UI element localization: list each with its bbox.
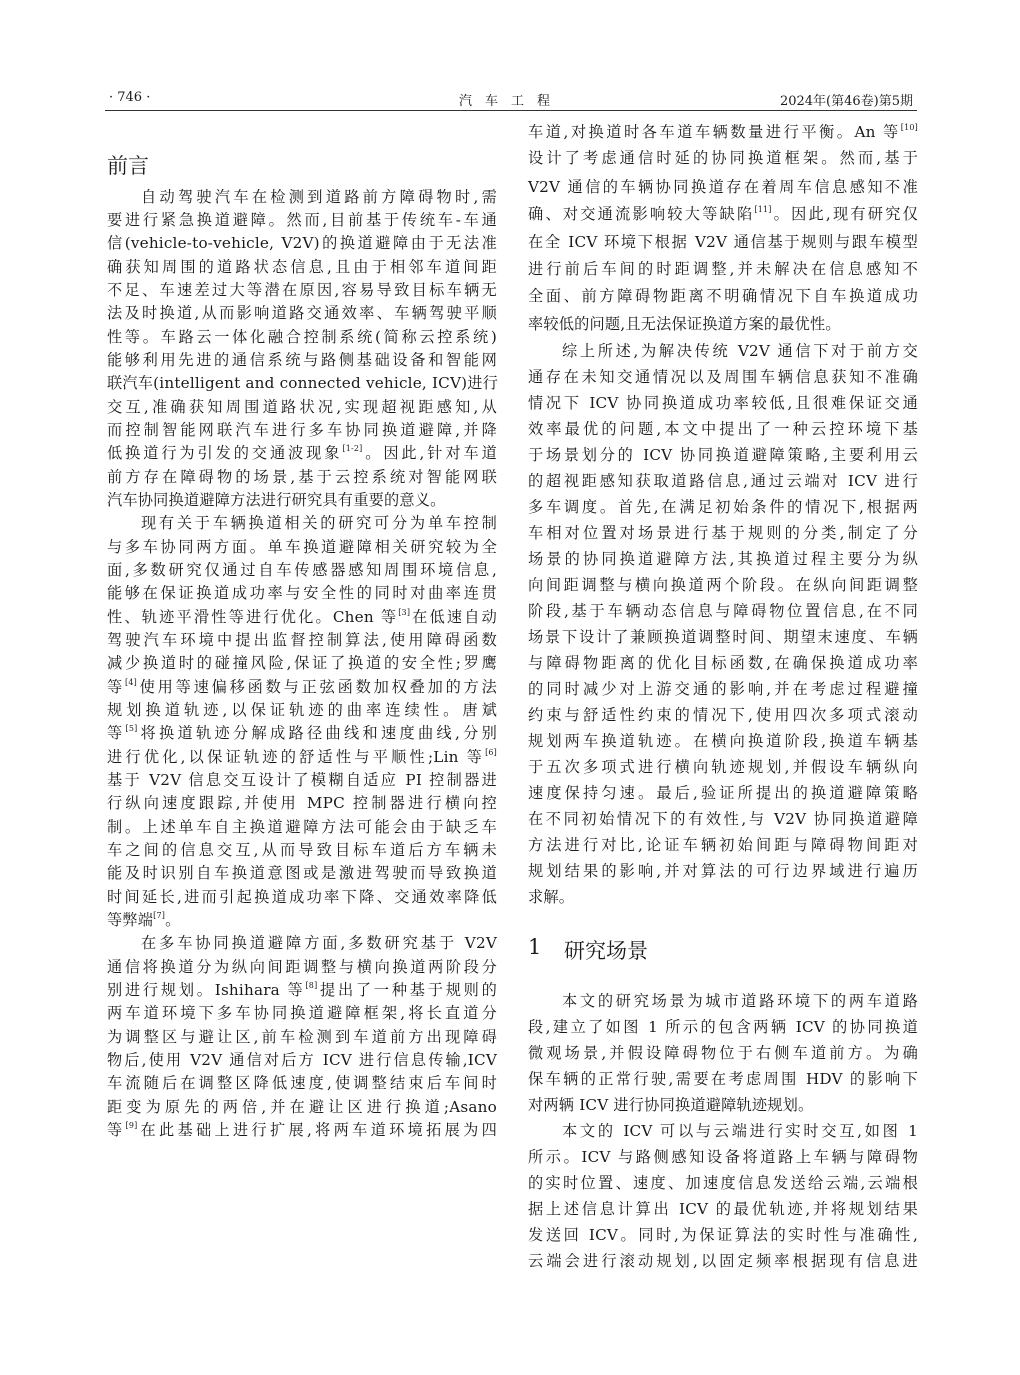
text-line: 车流随后在调整区降低速度,使调整结束后车间时: [107, 1072, 497, 1095]
text-line: 率较低的问题,且无法保证换道方案的最优性。: [528, 313, 918, 336]
text-line: 基于 V2V 信息交互设计了模糊自适应 PI 控制器进: [107, 769, 497, 792]
text-line: 效率最优的问题,本文中提出了一种云控环境下基: [528, 418, 918, 441]
text-line: 与障碍物距离的优化目标函数,在确保换道成功率: [528, 652, 918, 675]
text-line: 通存在未知交通情况以及周围车辆信息获知不准确: [528, 366, 918, 389]
text-line: 本文的研究场景为城市道路环境下的两车道路: [562, 990, 918, 1013]
text-line: 进行优化,以保证轨迹的舒适性与平顺性;Lin 等[6]: [107, 746, 497, 769]
text-line: 等[9]在此基础上进行扩展,将两车道环境拓展为四: [107, 1119, 497, 1142]
text-line: 法及时换道,从而影响道路交通效率、车辆驾驶平顺: [107, 302, 497, 325]
text-line: 于五次多项式进行横向轨迹规划,并假设车辆纵向: [528, 756, 918, 779]
text-line: 的实时位置、速度、加速度信息发送给云端,云端根: [528, 1172, 918, 1195]
section-title-introduction: 前言: [107, 150, 149, 180]
text-line: 向间距调整与横向换道两个阶段。在纵向间距调整: [528, 574, 918, 597]
section-number: 1: [528, 935, 541, 959]
citation-ref[interactable]: [9]: [126, 1121, 138, 1130]
text-line: 车之间的信息交互,从而导致目标车道后方车辆未: [107, 839, 497, 862]
text-line: 信(vehicle-to-vehicle, V2V)的换道避障由于无法准: [107, 232, 497, 255]
text-line: 确获知周围的道路状态信息,且由于相邻车道间距: [107, 256, 497, 279]
text-line: 现有关于车辆换道相关的研究可分为单车控制: [141, 512, 497, 535]
text-line: 不足、车速差过大等潜在原因,容易导致目标车辆无: [107, 279, 497, 302]
text-line: 多车调度。首先,在满足初始条件的情况下,根据两: [528, 496, 918, 519]
text-line: 别进行规划。Ishihara 等[8]提出了一种基于规则的: [107, 979, 497, 1002]
text-line: 车相对位置对场景进行基于规则的分类,制定了分: [528, 522, 918, 545]
text-line: 能够利用先进的通信系统与路侧基础设备和智能网: [107, 349, 497, 372]
text-line: 性、轨迹平滑性等进行优化。Chen 等[3]在低速自动: [107, 606, 497, 629]
text-line: 发送回 ICV。同时,为保证算法的实时性与准确性,: [528, 1224, 918, 1247]
text-line: 汽车协同换道避障方法进行研究具有重要的意义。: [107, 489, 497, 512]
text-line: 交互,准确获知周围道路状况,实现超视距感知,从: [107, 396, 497, 419]
text-line: 对两辆 ICV 进行协同换道避障轨迹规划。: [528, 1094, 918, 1117]
text-line: 所示。ICV 与路侧感知设备将道路上车辆与障碍物: [528, 1146, 918, 1169]
text-line: 约束与舒适性约束的情况下,使用四次多项式滚动: [528, 704, 918, 727]
text-line: 性等。车路云一体化融合控制系统(简称云控系统): [107, 326, 497, 349]
text-line: 场景下设计了兼顾换道调整时间、期望末速度、车辆: [528, 626, 918, 649]
text-line: 车道,对换道时各车道车辆数量进行平衡。An 等[10]: [528, 121, 918, 144]
text-line: 规划结果的影响,并对算法的可行边界域进行遍历: [528, 860, 918, 883]
text-line: 距变为原先的两倍,并在避让区进行换道;Asano: [107, 1096, 497, 1119]
citation-ref[interactable]: [10]: [901, 123, 918, 132]
text-line: 而控制智能网联汽车进行多车协同换道避障,并降: [107, 419, 497, 442]
text-line: 求解。: [528, 886, 918, 909]
text-line: 物后,使用 V2V 通信对后方 ICV 进行信息传输,ICV: [107, 1049, 497, 1072]
text-line: 阶段,基于车辆动态信息与障碍物位置信息,在不同: [528, 600, 918, 623]
text-line: 要进行紧急换道避障。然而,目前基于传统车-车通: [107, 209, 497, 232]
header-rule: [105, 110, 917, 111]
text-line: 通信将换道分为纵向间距调整与横向换道两阶段分: [107, 956, 497, 979]
text-line: V2V 通信的车辆协同换道存在着周车信息感知不准: [528, 176, 918, 199]
text-line: 在多车协同换道避障方面,多数研究基于 V2V: [141, 932, 497, 955]
text-line: 的超视距感知获取道路信息,通过云端对 ICV 进行: [528, 470, 918, 493]
section-title-research-scenario: 研究场景: [564, 935, 648, 965]
text-line: 前方存在障碍物的场景,基于云控系统对智能网联: [107, 466, 497, 489]
text-line: 保车辆的正常行驶,需要在考虑周围 HDV 的影响下: [528, 1068, 918, 1091]
text-line: 进行前后车间的时距调整,并未解决在信息感知不: [528, 258, 918, 281]
text-line: 行纵向速度跟踪,并使用 MPC 控制器进行横向控: [107, 792, 497, 815]
running-header: · 746 · 汽车工程 2024年(第46卷)第5期: [107, 88, 915, 110]
text-line: 速度保持匀速。最后,验证所提出的换道避障策略: [528, 782, 918, 805]
text-line: 综上所述,为解决传统 V2V 通信下对于前方交: [562, 340, 918, 363]
text-line: 能够在保证换道成功率与安全性的同时对曲率连贯: [107, 582, 497, 605]
text-line: 减少换道时的碰撞风险,保证了换道的安全性;罗鹰: [107, 652, 497, 675]
citation-ref[interactable]: [4]: [125, 678, 137, 687]
text-line: 制。上述单车自主换道避障方法可能会由于缺乏车: [107, 816, 497, 839]
citation-ref[interactable]: [6]: [485, 748, 497, 757]
citation-ref[interactable]: [1-2]: [342, 444, 362, 453]
text-line: 低换道行为引发的交通波现象[1-2]。因此,针对车道: [107, 442, 497, 465]
text-line: 段,建立了如图 1 所示的包含两辆 ICV 的协同换道: [528, 1016, 918, 1039]
text-line: 云端会进行滚动规划,以固定频率根据现有信息进: [528, 1250, 918, 1273]
text-line: 面,多数研究仅通过自车传感器感知周围环境信息,: [107, 559, 497, 582]
text-line: 确、对交通流影响较大等缺陷[11]。因此,现有研究仅: [528, 203, 918, 226]
text-line: 规划换道轨迹,以保证轨迹的曲率连续性。唐斌: [107, 699, 497, 722]
text-line: 驾驶汽车环境中提出监督控制算法,使用障碍函数: [107, 629, 497, 652]
text-line: 为调整区与避让区,前车检测到车道前方出现障碍: [107, 1026, 497, 1049]
text-line: 情况下 ICV 协同换道成功率较低,且很难保证交通: [528, 392, 918, 415]
citation-ref[interactable]: [7]: [153, 911, 165, 920]
text-line: 据上述信息计算出 ICV 的最优轨迹,并将规划结果: [528, 1198, 918, 1221]
text-line: 时间延长,进而引起换道成功率下降、交通效率降低: [107, 886, 497, 909]
issue-info: 2024年(第46卷)第5期: [780, 90, 913, 109]
text-line: 能及时识别自车换道意图或是激进驾驶而导致换道: [107, 862, 497, 885]
citation-ref[interactable]: [5]: [126, 724, 138, 733]
text-line: 两车道环境下多车协同换道避障框架,将长直道分: [107, 1002, 497, 1025]
text-line: 与多车协同两方面。单车换道避障相关研究较为全: [107, 536, 497, 559]
text-line: 在不同初始情况下的有效性,与 V2V 协同换道避障: [528, 808, 918, 831]
text-line: 本文的 ICV 可以与云端进行实时交互,如图 1: [562, 1120, 918, 1143]
text-line: 于场景划分的 ICV 协同换道避障策略,主要利用云: [528, 444, 918, 467]
citation-ref[interactable]: [8]: [305, 981, 317, 990]
text-line: 全面、前方障碍物距离不明确情况下自车换道成功: [528, 285, 918, 308]
text-line: 设计了考虑通信时延的协同换道框架。然而,基于: [528, 147, 918, 170]
text-line: 等[5]将换道轨迹分解成路径曲线和速度曲线,分别: [107, 722, 497, 745]
text-line: 等弊端[7]。: [107, 909, 497, 932]
citation-ref[interactable]: [11]: [754, 205, 771, 214]
text-line: 规划两车换道轨迹。在横向换道阶段,换道车辆基: [528, 730, 918, 753]
citation-ref[interactable]: [3]: [398, 608, 410, 617]
text-line: 等[4]使用等速偏移函数与正弦函数加权叠加的方法: [107, 676, 497, 699]
text-line: 在全 ICV 环境下根据 V2V 通信基于规则与跟车模型: [528, 231, 918, 254]
text-line: 的同时减少对上游交通的影响,并在考虑过程避撞: [528, 678, 918, 701]
text-line: 微观场景,并假设障碍物位于右侧车道前方。为确: [528, 1042, 918, 1065]
text-line: 自动驾驶汽车在检测到道路前方障碍物时,需: [141, 186, 497, 209]
text-line: 场景的协同换道避障方法,其换道过程主要分为纵: [528, 548, 918, 571]
text-line: 方法进行对比,论证车辆初始间距与障碍物间距对: [528, 834, 918, 857]
text-line: 联汽车(intelligent and connected vehicle, I…: [107, 372, 497, 395]
